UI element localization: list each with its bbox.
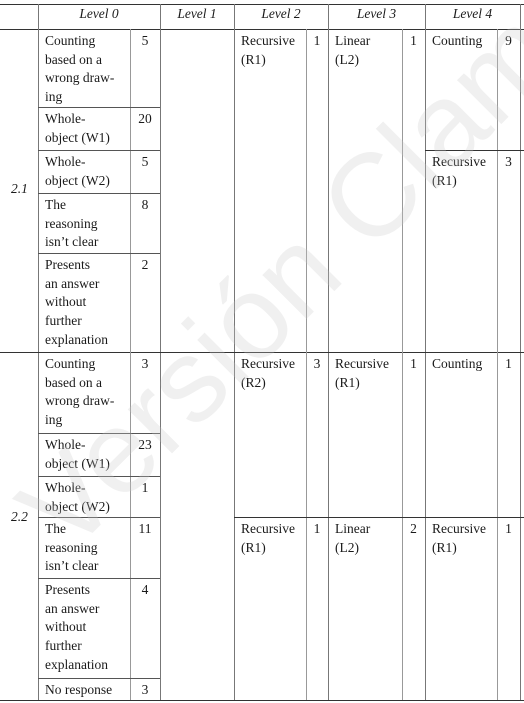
level2-count: 3 <box>306 355 328 374</box>
level0-count: 3 <box>130 355 160 374</box>
level0-category: Presentsan answerwithoutfurtherexplanati… <box>38 581 129 675</box>
header-level-1: Level 1 <box>160 5 234 24</box>
level0-row-divider <box>38 433 160 434</box>
level3-count: 2 <box>402 520 425 539</box>
level0-category: Thereasoningisn’t clear <box>38 196 129 252</box>
level3-count: 1 <box>402 355 425 374</box>
level0-count: 5 <box>130 32 160 51</box>
level0-row-divider <box>38 517 160 518</box>
header-level-3: Level 3 <box>328 5 425 24</box>
level0-row-divider <box>38 578 160 579</box>
level4-category: Recursive(R1) <box>425 153 496 190</box>
level0-count: 3 <box>130 681 160 700</box>
level4-row-divider <box>425 517 524 518</box>
level4-row-divider <box>425 150 524 151</box>
group-label: 2.1 <box>11 180 28 199</box>
level0-category: Presentsan answerwithoutfurtherexplanati… <box>38 256 129 350</box>
level2-category: Recursive(R1) <box>234 520 305 557</box>
level4-category: Recursive(R1) <box>425 520 496 557</box>
level4-count: 9 <box>497 32 520 51</box>
level0-count: 5 <box>130 153 160 172</box>
level3-row-divider <box>328 517 425 518</box>
level0-count: 11 <box>130 520 160 539</box>
level0-row-divider <box>38 107 160 108</box>
level2-category: Recursive(R2) <box>234 355 305 392</box>
level4-count: 1 <box>497 355 520 374</box>
column-divider <box>130 29 131 352</box>
level0-count: 4 <box>130 581 160 600</box>
group-label: 2.2 <box>11 508 28 527</box>
level0-category: Thereasoningisn’t clear <box>38 520 129 576</box>
level0-category: Countingbased on awrong draw-ing <box>38 32 129 107</box>
column-divider <box>497 29 498 352</box>
table-bottom-rule <box>0 700 524 701</box>
level3-category: Linear(L2) <box>328 32 401 69</box>
level0-count: 2 <box>130 256 160 275</box>
level2-count: 1 <box>306 32 328 51</box>
header-level-0: Level 0 <box>38 5 160 24</box>
group-divider <box>0 352 524 353</box>
level3-category: Linear(L2) <box>328 520 401 557</box>
level0-row-divider <box>38 253 160 254</box>
header-level-2: Level 2 <box>234 5 328 24</box>
level4-category: Counting <box>425 355 496 374</box>
level0-category: Whole-object (W2) <box>38 479 129 516</box>
level2-row-divider <box>234 517 328 518</box>
header-level-4: Level 4 <box>425 5 520 24</box>
level0-count: 20 <box>130 110 160 129</box>
level0-row-divider <box>38 678 160 679</box>
level0-row-divider <box>38 193 160 194</box>
level0-category: Whole-object (W1) <box>38 110 129 147</box>
level0-category: Whole-object (W2) <box>38 153 129 190</box>
level0-count: 1 <box>130 479 160 498</box>
level0-row-divider <box>38 150 160 151</box>
level3-count: 1 <box>402 32 425 51</box>
column-divider <box>402 29 403 352</box>
level0-category: Whole-object (W1) <box>38 436 129 473</box>
level2-count: 1 <box>306 520 328 539</box>
level0-category: Countingbased on awrong draw-ing <box>38 355 129 430</box>
level4-count: 1 <box>497 520 520 539</box>
header-bottom-rule <box>0 29 524 30</box>
level4-count: 3 <box>497 153 520 172</box>
level3-category: Recursive(R1) <box>328 355 401 392</box>
level2-category: Recursive(R1) <box>234 32 305 69</box>
level0-category: No response <box>38 681 129 700</box>
level4-category: Counting <box>425 32 496 51</box>
level0-row-divider <box>38 476 160 477</box>
column-divider <box>306 29 307 352</box>
level0-count: 8 <box>130 196 160 215</box>
level0-count: 23 <box>130 436 160 455</box>
